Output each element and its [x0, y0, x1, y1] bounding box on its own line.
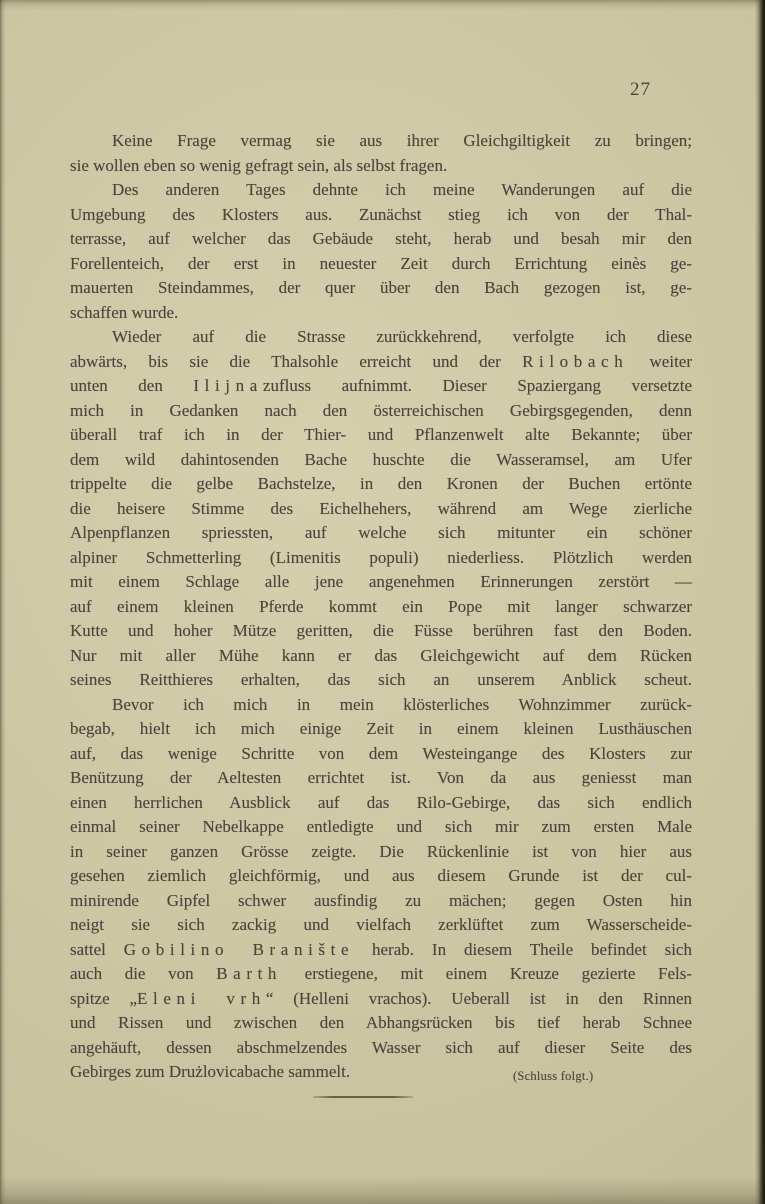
text-segment: neigt sie sich zackig und vielfach zerkl… — [70, 915, 692, 934]
text-line: trippelte die gelbe Bachstelze, in den K… — [70, 472, 692, 497]
text-line: sie wollen eben so wenig gefragt sein, a… — [70, 154, 692, 179]
text-line: Kutte und hoher Mütze geritten, die Füss… — [70, 619, 692, 644]
scan-edge-right — [755, 0, 765, 1204]
text-line: unten den Ilijnazufluss aufnimmt. Dieser… — [70, 374, 692, 399]
text-segment: Forellenteich, der erst in neuester Zeit… — [70, 254, 692, 273]
text-segment: schaffen wurde. — [70, 303, 178, 322]
text-line: Keine Frage vermag sie aus ihrer Gleichg… — [70, 129, 692, 154]
letterspaced-name: Eleni vrh — [137, 989, 266, 1008]
text-line: alpiner Schmetterling (Limenitis populi)… — [70, 546, 692, 571]
text-line: sattel Gobilino Branište herab. In diese… — [70, 938, 692, 963]
text-line: auch die von Barth erstiegene, mit einem… — [70, 962, 692, 987]
text-line: Alpenpflanzen spriessten, auf welche sic… — [70, 521, 692, 546]
text-line: mit einem Schlage alle jene angenehmen E… — [70, 570, 692, 595]
letterspaced-name: Gobilino Branište — [124, 940, 354, 959]
text-line: Wieder auf die Strasse zurückkehrend, ve… — [70, 325, 692, 350]
text-segment: die heisere Stimme des Eichelhehers, wäh… — [70, 499, 692, 518]
text-segment: gesehen ziemlich gleichförmig, und aus d… — [70, 866, 692, 885]
schluss-folgt-note: (Schluss folgt.) — [513, 1064, 593, 1089]
text-segment: sie wollen eben so wenig gefragt sein, a… — [70, 156, 447, 175]
letterspaced-name: Rilobach — [522, 352, 628, 371]
text-segment: alpiner Schmetterling (Limenitis populi)… — [70, 548, 692, 567]
text-segment: auf einem kleinen Pferde kommt ein Pope … — [70, 597, 692, 616]
text-line: die heisere Stimme des Eichelhehers, wäh… — [70, 497, 692, 522]
text-segment: sattel — [70, 940, 124, 959]
text-segment: auch die von — [70, 964, 216, 983]
text-segment: herab. In diesem Theile befindet sich — [354, 940, 692, 959]
text-segment: überall traf ich in der Thier- und Pflan… — [70, 425, 692, 444]
text-segment: Umgebung des Klosters aus. Zunächst stie… — [70, 205, 692, 224]
body-text-block: Keine Frage vermag sie aus ihrer Gleichg… — [70, 129, 692, 1085]
text-segment: abwärts, bis sie die Thalsohle erreicht … — [70, 352, 522, 371]
text-segment: unten den — [70, 376, 193, 395]
text-segment: dem wild dahintosenden Bache huschte die… — [70, 450, 692, 469]
text-segment: terrasse, auf welcher das Gebäude steht,… — [70, 229, 692, 248]
text-line: abwärts, bis sie die Thalsohle erreicht … — [70, 350, 692, 375]
text-segment: Benützung der Aeltesten errichtet ist. V… — [70, 768, 692, 787]
text-line: schaffen wurde. — [70, 301, 692, 326]
text-segment: minirende Gipfel schwer ausfindig zu mäc… — [70, 891, 692, 910]
text-segment: Keine Frage vermag sie aus ihrer Gleichg… — [112, 131, 692, 150]
text-segment: Nur mit aller Mühe kann er das Gleichgew… — [70, 646, 692, 665]
text-segment: trippelte die gelbe Bachstelze, in den K… — [70, 474, 692, 493]
section-divider-rule — [313, 1096, 413, 1098]
text-segment: Gebirges zum Drużlovicabache sammelt. — [70, 1062, 350, 1081]
text-segment: mich in Gedanken nach den österreichisch… — [70, 401, 692, 420]
text-line: Gebirges zum Drużlovicabache sammelt.(Sc… — [70, 1060, 692, 1085]
letterspaced-name: Ilijna — [193, 376, 263, 395]
text-line: überall traf ich in der Thier- und Pflan… — [70, 423, 692, 448]
text-line: Forellenteich, der erst in neuester Zeit… — [70, 252, 692, 277]
text-segment: auf, das wenige Schritte von dem Westein… — [70, 744, 692, 763]
text-line: begab, hielt ich mich einige Zeit in ein… — [70, 717, 692, 742]
text-segment: und Rissen und zwischen den Abhangsrücke… — [70, 1013, 692, 1032]
text-segment: begab, hielt ich mich einige Zeit in ein… — [70, 719, 692, 738]
text-segment: Wieder auf die Strasse zurückkehrend, ve… — [112, 327, 692, 346]
text-segment: weiter — [628, 352, 692, 371]
text-segment: Alpenpflanzen spriessten, auf welche sic… — [70, 523, 692, 542]
letterspaced-name: Barth — [216, 964, 282, 983]
text-segment: erstiegene, mit einem Kreuze gezierte Fe… — [282, 964, 692, 983]
text-line: minirende Gipfel schwer ausfindig zu mäc… — [70, 889, 692, 914]
text-line: angehäuft, dessen abschmelzendes Wasser … — [70, 1036, 692, 1061]
text-segment: mit einem Schlage alle jene angenehmen E… — [70, 572, 692, 591]
text-segment: angehäuft, dessen abschmelzendes Wasser … — [70, 1038, 692, 1057]
text-segment: “ (Helleni vrachos). Ueberall ist in den… — [266, 989, 692, 1008]
text-segment: seines Reitthieres erhalten, das sich an… — [70, 670, 692, 689]
text-segment: in seiner ganzen Grösse zeigte. Die Rück… — [70, 842, 692, 861]
text-line: einmal seiner Nebelkappe entledigte und … — [70, 815, 692, 840]
text-line: seines Reitthieres erhalten, das sich an… — [70, 668, 692, 693]
text-line: Bevor ich mich in mein klösterliches Woh… — [70, 693, 692, 718]
text-line: Benützung der Aeltesten errichtet ist. V… — [70, 766, 692, 791]
text-segment: spitze „ — [70, 989, 137, 1008]
text-line: neigt sie sich zackig und vielfach zerkl… — [70, 913, 692, 938]
text-line: auf einem kleinen Pferde kommt ein Pope … — [70, 595, 692, 620]
text-line: dem wild dahintosenden Bache huschte die… — [70, 448, 692, 473]
text-segment: mauerten Steindammes, der quer über den … — [70, 278, 692, 297]
text-segment: zufluss aufnimmt. Dieser Spaziergang ver… — [263, 376, 692, 395]
text-line: auf, das wenige Schritte von dem Westein… — [70, 742, 692, 767]
text-segment: Bevor ich mich in mein klösterliches Woh… — [112, 695, 692, 714]
scan-edge-top — [0, 0, 765, 10]
text-segment: Kutte und hoher Mütze geritten, die Füss… — [70, 621, 692, 640]
scan-edge-bottom — [0, 1176, 765, 1204]
text-line: terrasse, auf welcher das Gebäude steht,… — [70, 227, 692, 252]
text-line: einen herrlichen Ausblick auf das Rilo-G… — [70, 791, 692, 816]
text-segment: Des anderen Tages dehnte ich meine Wande… — [112, 180, 692, 199]
text-segment: einmal seiner Nebelkappe entledigte und … — [70, 817, 692, 836]
text-line: Des anderen Tages dehnte ich meine Wande… — [70, 178, 692, 203]
text-line: mich in Gedanken nach den österreichisch… — [70, 399, 692, 424]
text-line: und Rissen und zwischen den Abhangsrücke… — [70, 1011, 692, 1036]
text-line: mauerten Steindammes, der quer über den … — [70, 276, 692, 301]
text-line: gesehen ziemlich gleichförmig, und aus d… — [70, 864, 692, 889]
page-number: 27 — [630, 79, 651, 101]
text-line: Nur mit aller Mühe kann er das Gleichgew… — [70, 644, 692, 669]
text-segment: einen herrlichen Ausblick auf das Rilo-G… — [70, 793, 692, 812]
scan-edge-left — [0, 0, 6, 1204]
text-line: Umgebung des Klosters aus. Zunächst stie… — [70, 203, 692, 228]
text-line: spitze „Eleni vrh“ (Helleni vrachos). Ue… — [70, 987, 692, 1012]
text-line: in seiner ganzen Grösse zeigte. Die Rück… — [70, 840, 692, 865]
